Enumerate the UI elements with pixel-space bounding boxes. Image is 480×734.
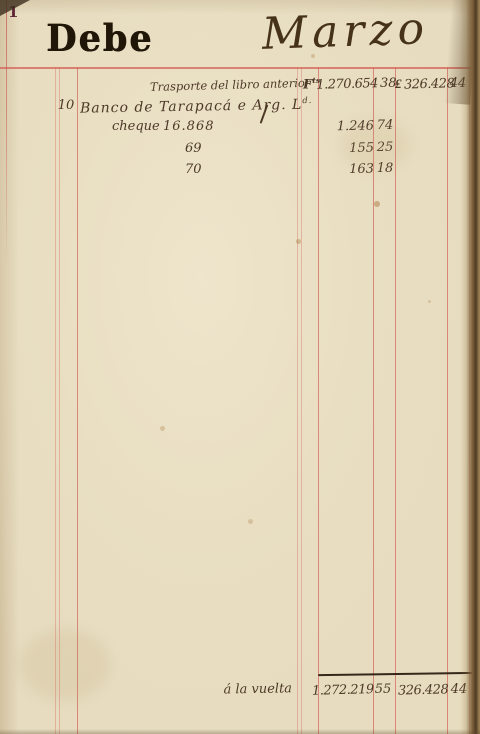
left-margin-rule <box>6 0 7 380</box>
money-col-rule-e <box>395 67 396 734</box>
foxing-spot <box>311 54 315 58</box>
paper-stain <box>340 120 410 170</box>
foxing-spot <box>428 300 431 303</box>
totals-rule <box>318 672 476 676</box>
currency1-main: F <box>303 77 312 92</box>
money-col-rule-f <box>447 67 448 734</box>
bank-suffix: d. <box>302 95 312 105</box>
cheque-0-number: 16.868 <box>163 119 215 134</box>
debit-title: Debe <box>46 16 153 60</box>
foxing-spot <box>160 426 165 431</box>
ledger-page: 1 Debe Marzo Trasporte del libro anterio… <box>0 0 480 734</box>
carryforward-amount1: 1.270.654 <box>312 76 378 93</box>
cheque-2-number: 70 <box>185 162 202 177</box>
footer-amount2: 326.428 <box>398 682 446 698</box>
entry-day: 10 <box>56 98 76 113</box>
money-col-rule-c <box>318 67 319 734</box>
page-edge-right <box>460 0 480 734</box>
footer-cents1: 55 <box>374 682 392 697</box>
carryforward-cents1: 38 <box>380 76 396 91</box>
footer-label: á la vuelta <box>210 681 292 697</box>
month-title: Marzo <box>261 3 430 60</box>
footer-amount1: 1.272.219 <box>312 682 370 699</box>
paper-stain <box>20 630 110 700</box>
money-col-rule-b <box>301 67 302 734</box>
page-edge-bottom <box>0 729 480 734</box>
carryforward-currency2: ₤ <box>395 76 402 92</box>
carryforward-amount2: 326.428 <box>404 76 448 92</box>
header-rule <box>0 67 471 69</box>
carryforward-label: Trasporte del libro anterior <box>150 76 296 94</box>
foxing-spot <box>374 201 380 207</box>
bank-name: Banco de Tarapacá e Arg. L <box>80 97 303 117</box>
entry-bank: Banco de Tarapacá e Arg. Ld. <box>80 95 313 117</box>
foxing-spot <box>296 239 301 244</box>
money-col-rule-a <box>297 67 298 734</box>
foxing-spot <box>248 519 253 524</box>
cheque-label: cheque <box>112 119 160 134</box>
cheque-1-number: 69 <box>185 141 202 156</box>
